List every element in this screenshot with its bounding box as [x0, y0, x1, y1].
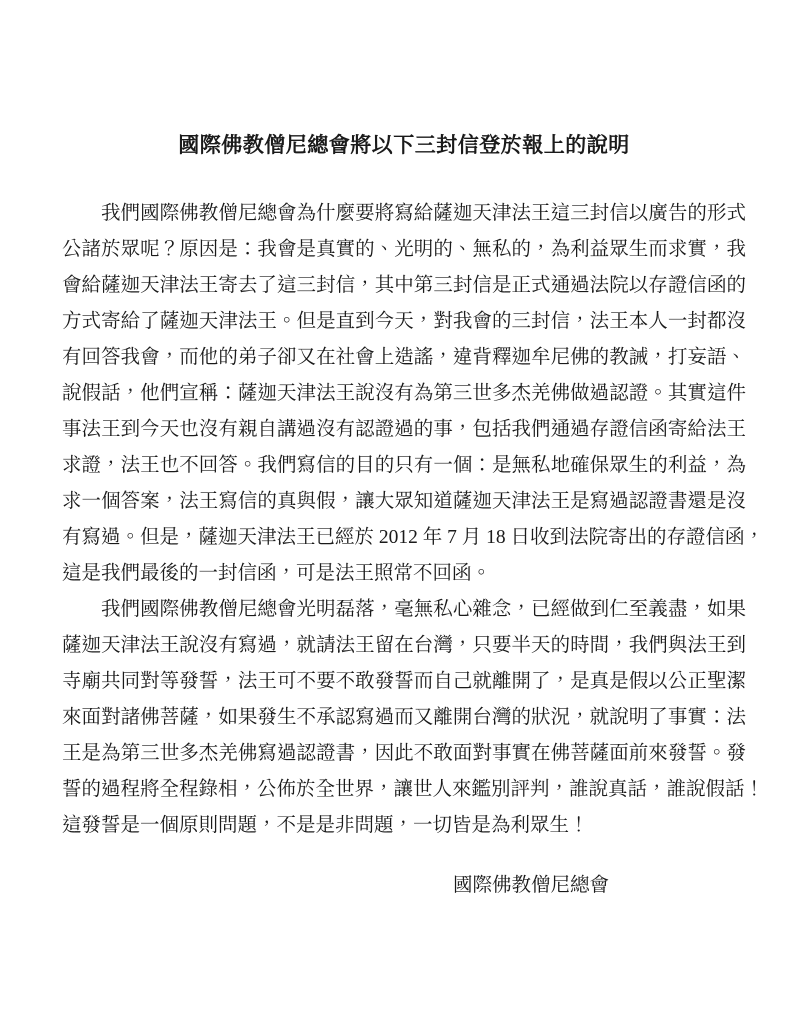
text-line: 說假話，他們宣稱：薩迦天津法王說沒有為第三世多杰羌佛做過認證。其實這件	[62, 376, 746, 412]
text-line: 方式寄給了薩迦天津法王。但是直到今天，對我會的三封信，法王本人一封都沒	[62, 304, 746, 340]
text-line: 這是我們最後的一封信函，可是法王照常不回函。	[62, 556, 746, 592]
document-page: 國際佛教僧尼總會將以下三封信登於報上的說明 我們國際佛教僧尼總會為什麼要將寫給薩…	[0, 0, 800, 1035]
document-title: 國際佛教僧尼總會將以下三封信登於報上的說明	[62, 130, 746, 160]
text-line: 會給薩迦天津法王寄去了這三封信，其中第三封信是正式通過法院以存證信函的	[62, 268, 746, 304]
paragraph: 我們國際佛教僧尼總會光明磊落，毫無私心雜念，已經做到仁至義盡，如果薩迦天津法王說…	[62, 592, 746, 844]
document-body: 我們國際佛教僧尼總會為什麼要將寫給薩迦天津法王這三封信以廣告的形式公諸於眾呢？原…	[62, 196, 746, 904]
text-line: 薩迦天津法王說沒有寫過，就請法王留在台灣，只要半天的時間，我們與法王到	[62, 628, 746, 664]
text-line: 公諸於眾呢？原因是：我會是真實的、光明的、無私的，為利益眾生而求實，我	[62, 232, 746, 268]
text-line: 有寫過。但是，薩迦天津法王已經於 2012 年 7 月 18 日收到法院寄出的存…	[62, 520, 746, 556]
text-line: 求一個答案，法王寫信的真與假，讓大眾知道薩迦天津法王是寫過認證書還是沒	[62, 484, 746, 520]
text-line: 有回答我會，而他的弟子卻又在社會上造謠，違背釋迦牟尼佛的教誡，打妄語、	[62, 340, 746, 376]
text-line: 我們國際佛教僧尼總會光明磊落，毫無私心雜念，已經做到仁至義盡，如果	[62, 592, 746, 628]
text-line: 寺廟共同對等發誓，法王可不要不敢發誓而自己就離開了，是真是假以公正聖潔	[62, 664, 746, 700]
text-line: 我們國際佛教僧尼總會為什麼要將寫給薩迦天津法王這三封信以廣告的形式	[62, 196, 746, 232]
text-line: 王是為第三世多杰羌佛寫過認證書，因此不敢面對事實在佛菩薩面前來發誓。發	[62, 736, 746, 772]
text-line: 來面對諸佛菩薩，如果發生不承認寫過而又離開台灣的狀況，就說明了事實：法	[62, 700, 746, 736]
text-line: 這發誓是一個原則問題，不是是非問題，一切皆是為利眾生！	[62, 808, 746, 844]
text-line: 事法王到今天也沒有親自講過沒有認證過的事，包括我們通過存證信函寄給法王	[62, 412, 746, 448]
text-line: 求證，法王也不回答。我們寫信的目的只有一個：是無私地確保眾生的利益，為	[62, 448, 746, 484]
signature: 國際佛教僧尼總會	[453, 868, 746, 904]
text-line: 誓的過程將全程錄相，公佈於全世界，讓世人來鑑別評判，誰說真話，誰說假話！	[62, 772, 746, 808]
paragraph: 我們國際佛教僧尼總會為什麼要將寫給薩迦天津法王這三封信以廣告的形式公諸於眾呢？原…	[62, 196, 746, 592]
